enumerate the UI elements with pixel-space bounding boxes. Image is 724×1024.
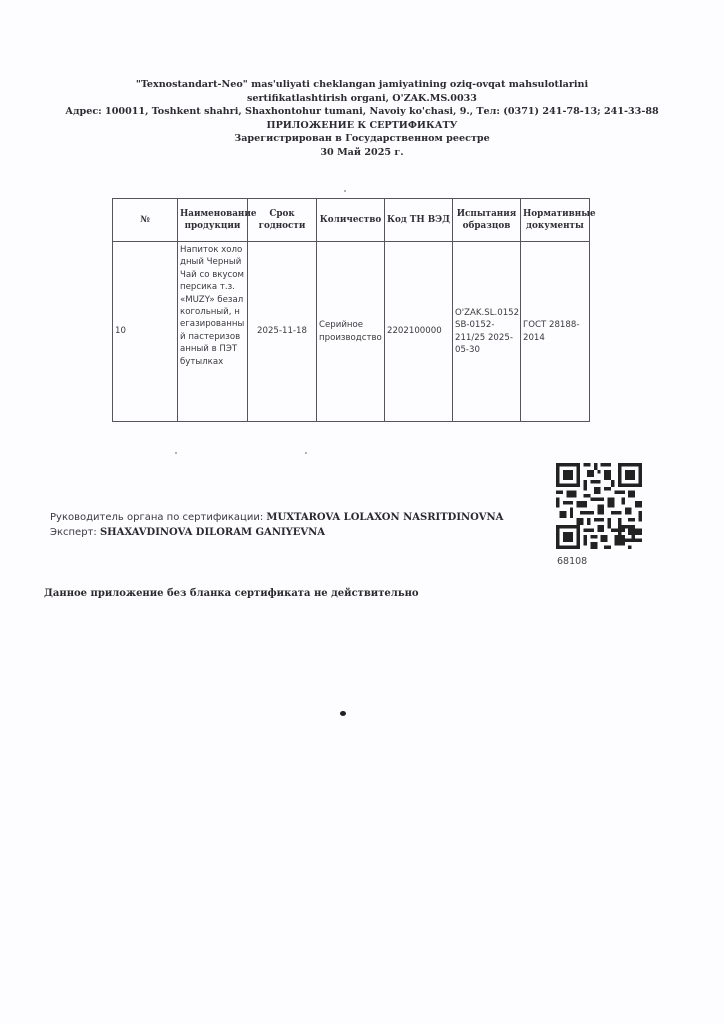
col-quantity: Количество [317,199,385,242]
qr-code [556,463,642,549]
col-number: № [113,199,178,242]
scan-speck [175,452,177,454]
org-name-line2: sertifikatlashtirish organi, O'ZAK.MS.00… [40,92,684,106]
certificate-table: № Наименование продукции Срок годности К… [112,198,590,422]
signers-block: Руководитель органа по сертификации: MUX… [50,510,503,540]
qr-number: 68108 [557,556,587,567]
org-address: Адрес: 100011, Toshkent shahri, Shaxhont… [40,105,684,119]
head-name: MUXTAROVA LOLAXON NASRITDINOVNA [266,512,503,523]
col-expiry: Срок годности [248,199,317,242]
registry-date: 30 Май 2025 г. [40,146,684,160]
expert-label: Эксперт: [50,527,100,538]
document-title: ПРИЛОЖЕНИЕ К СЕРТИФИКАТУ [40,119,684,133]
expert-line: Эксперт: SHAXAVDINOVA DILORAM GANIYEVNA [50,525,503,540]
col-norm-docs: Нормативные документы [521,199,590,242]
table-row: 10 Напиток холодный Черный Чай со вкусом… [113,242,590,422]
cell-number: 10 [113,242,178,422]
validity-notice: Данное приложение без бланка сертификата… [44,588,419,599]
org-name-line1: "Texnostandart-Neo" mas'uliyati cheklang… [40,78,684,92]
col-product: Наименование продукции [178,199,248,242]
cell-product: Напиток холодный Черный Чай со вкусом пе… [178,242,248,422]
head-label: Руководитель органа по сертификации: [50,512,266,523]
col-tests: Испытания образцов [453,199,521,242]
scan-speck [344,190,346,192]
expert-name: SHAXAVDINOVA DILORAM GANIYEVNA [100,527,325,538]
scan-speck [305,452,307,454]
head-of-body-line: Руководитель органа по сертификации: MUX… [50,510,503,525]
col-hs-code: Код ТН ВЭД [385,199,453,242]
registry-note: Зарегистрирован в Государственном реестр… [40,132,684,146]
cell-hs-code: 2202100000 [385,242,453,422]
ink-blot [340,711,346,716]
cell-expiry: 2025-11-18 [248,242,317,422]
document-header: "Texnostandart-Neo" mas'uliyati cheklang… [40,78,684,160]
cell-tests: O'ZAK.SL.0152 SB-0152-211/25 2025-05-30 [453,242,521,422]
table-header-row: № Наименование продукции Срок годности К… [113,199,590,242]
cell-quantity: Серийное производство [317,242,385,422]
cell-norm-docs: ГОСТ 28188-2014 [521,242,590,422]
